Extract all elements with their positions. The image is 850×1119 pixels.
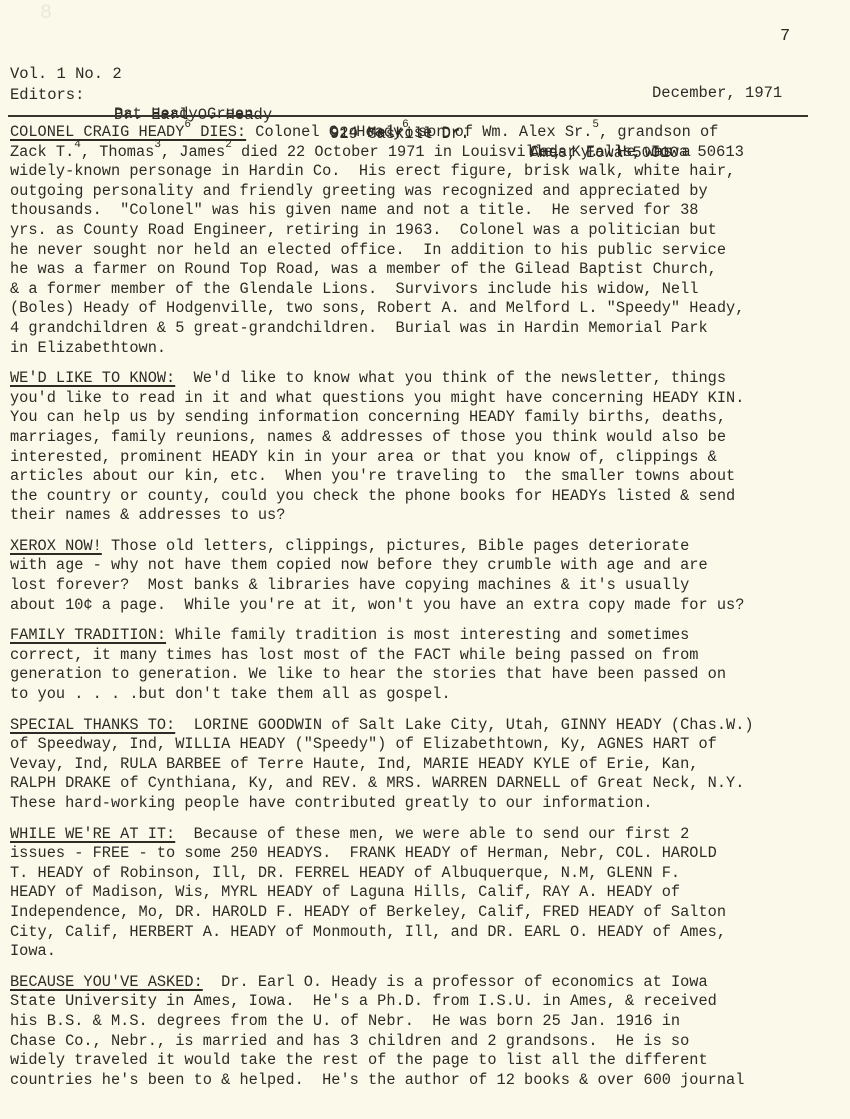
article-text-line: State University in Ames, Iowa. He's a P… — [10, 992, 830, 1012]
section-heading-line: COLONEL CRAIG HEADY6 DIES: Colonel C. He… — [10, 123, 830, 143]
article-text-line: You can help us by sending information c… — [10, 408, 830, 428]
masthead-divider — [8, 115, 808, 117]
article-text-line: issues - FREE - to some 250 HEADYS. FRAN… — [10, 844, 830, 864]
article-text-line: These hard-working people have contribut… — [10, 794, 830, 814]
article-text-line: (Boles) Heady of Hodgenville, two sons, … — [10, 299, 830, 319]
bleed-through-page-number: 8 — [40, 2, 52, 25]
article-text-line: their names & addresses to us? — [10, 506, 830, 526]
article-text-line: 4 grandchildren & 5 great-grandchildren.… — [10, 319, 830, 339]
section-heading-line: FAMILY TRADITION: While family tradition… — [10, 626, 830, 646]
article-text-line: the country or county, could you check t… — [10, 487, 830, 507]
article-text-line: outgoing personality and friendly greeti… — [10, 182, 830, 202]
article-text-line: City, Calif, HERBERT A. HEADY of Monmout… — [10, 923, 830, 943]
article-text-line: about 10¢ a page. While you're at it, wo… — [10, 596, 830, 616]
issue-date: December, 1971 — [652, 84, 782, 103]
article-text-line: of Speedway, Ind, WILLIA HEADY ("Speedy"… — [10, 735, 830, 755]
article-text-line: to you . . . .but don't take them all as… — [10, 685, 830, 705]
article-section: XEROX NOW! Those old letters, clippings,… — [10, 537, 830, 615]
article-text-line: widely-known personage in Hardin Co. His… — [10, 162, 830, 182]
article-section: BECAUSE YOU'VE ASKED: Dr. Earl O. Heady … — [10, 973, 830, 1091]
article-section: WE'D LIKE TO KNOW: We'd like to know wha… — [10, 369, 830, 526]
article-text-line: interested, prominent HEADY kin in your … — [10, 448, 830, 468]
article-text-line: yrs. as County Road Engineer, retiring i… — [10, 221, 830, 241]
article-text-line: Independence, Mo, DR. HAROLD F. HEADY of… — [10, 903, 830, 923]
article-text-line: Vevay, Ind, RULA BARBEE of Terre Haute, … — [10, 755, 830, 775]
article-text-line: T. HEADY of Robinson, Ill, DR. FERREL HE… — [10, 864, 830, 884]
article-text-line: generation to generation. We like to hea… — [10, 665, 830, 685]
article-text-line: Iowa. — [10, 942, 830, 962]
article-text-line: thousands. "Colonel" was his given name … — [10, 201, 830, 221]
article-text-line: marriages, family reunions, names & addr… — [10, 428, 830, 448]
article-section: WHILE WE'RE AT IT: Because of these men,… — [10, 825, 830, 962]
article-text-line: HEADY of Madison, Wis, MYRL HEADY of Lag… — [10, 883, 830, 903]
article-text-line: his B.S. & M.S. degrees from the U. of N… — [10, 1012, 830, 1032]
section-heading-line: BECAUSE YOU'VE ASKED: Dr. Earl O. Heady … — [10, 973, 830, 993]
article-section: FAMILY TRADITION: While family tradition… — [10, 626, 830, 704]
newsletter-body: COLONEL CRAIG HEADY6 DIES: Colonel C. He… — [10, 123, 830, 1101]
article-text-line: with age - why not have them copied now … — [10, 556, 830, 576]
section-heading-line: WE'D LIKE TO KNOW: We'd like to know wha… — [10, 369, 830, 389]
article-text-line: widely traveled it would take the rest o… — [10, 1051, 830, 1071]
section-heading-line: XEROX NOW! Those old letters, clippings,… — [10, 537, 830, 557]
article-text-line: Chase Co., Nebr., is married and has 3 c… — [10, 1032, 830, 1052]
article-text-line: in Elizabethtown. — [10, 339, 830, 359]
page-number: 7 — [780, 27, 790, 46]
article-text-line: articles about our kin, etc. When you're… — [10, 467, 830, 487]
article-text-line: he was a farmer on Round Top Road, was a… — [10, 260, 830, 280]
article-text-line: lost forever? Most banks & libraries hav… — [10, 576, 830, 596]
newsletter-page: 8 7 Vol. 1 No. 2 December, 1971 Editors:… — [0, 0, 850, 1119]
section-heading-line: WHILE WE'RE AT IT: Because of these men,… — [10, 825, 830, 845]
article-text-line: correct, it many times has lost most of … — [10, 646, 830, 666]
article-text-line: countries he's been to & helped. He's th… — [10, 1071, 830, 1091]
section-heading-line: SPECIAL THANKS TO: LORINE GOODWIN of Sal… — [10, 716, 830, 736]
article-text-line: he never sought nor held an elected offi… — [10, 241, 830, 261]
article-text-line: Zack T.4, Thomas3, James2 died 22 Octobe… — [10, 143, 830, 163]
article-section: COLONEL CRAIG HEADY6 DIES: Colonel C. He… — [10, 123, 830, 358]
article-text-line: you'd like to read in it and what questi… — [10, 389, 830, 409]
article-text-line: RALPH DRAKE of Cynthiana, Ky, and REV. &… — [10, 774, 830, 794]
article-section: SPECIAL THANKS TO: LORINE GOODWIN of Sal… — [10, 716, 830, 814]
article-text-line: & a former member of the Glendale Lions.… — [10, 280, 830, 300]
